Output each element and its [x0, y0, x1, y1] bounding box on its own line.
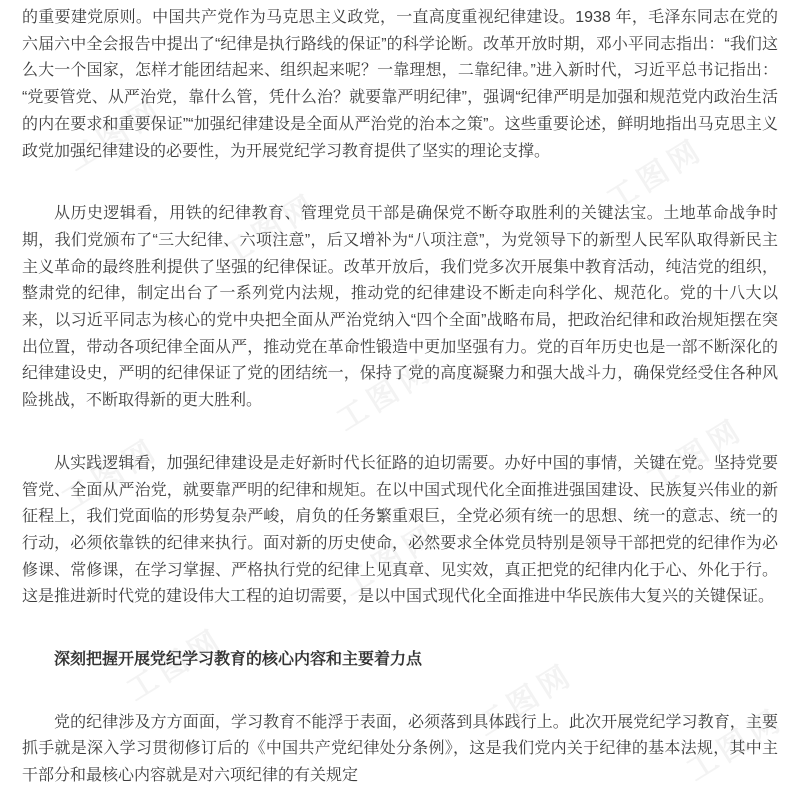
- paragraph-history-logic: 从历史逻辑看，用铁的纪律教育、管理党员干部是确保党不断夺取胜利的关键法宝。土地革…: [22, 201, 778, 415]
- section-heading-core-content: 深刻把握开展党纪学习教育的核心内容和主要着力点: [22, 647, 778, 674]
- article-body: 的重要建党原则。中国共产党作为马克思主义政党，一直高度重视纪律建设。1938 年…: [0, 0, 800, 790]
- paragraph-discipline-regulations: 党的纪律涉及方方面面，学习教育不能浮于表面，必须落到具体践行上。此次开展党纪学习…: [22, 710, 778, 790]
- paragraph-theory-logic-continuation: 的重要建党原则。中国共产党作为马克思主义政党，一直高度重视纪律建设。1938 年…: [22, 5, 778, 165]
- document-page: 工图网工图网工图网工图网工图网工图网工图网工图网工图网工图网 的重要建党原则。中…: [0, 0, 800, 800]
- paragraph-practice-logic: 从实践逻辑看，加强纪律建设是走好新时代长征路的迫切需要。办好中国的事情，关键在党…: [22, 451, 778, 611]
